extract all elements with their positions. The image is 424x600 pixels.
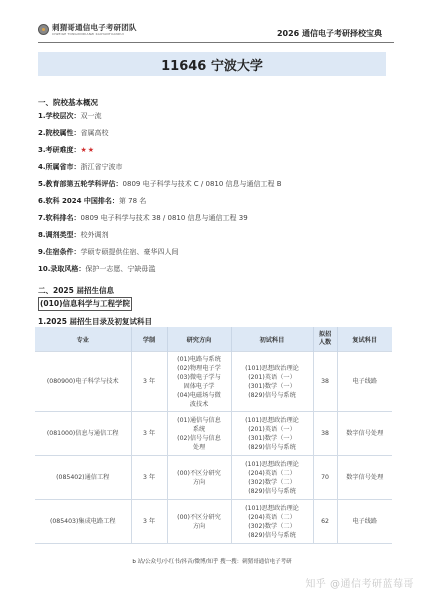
info-row-transfer: 8.调剂类型：校外调剂 (38, 230, 109, 240)
hedgehog-logo-icon (38, 24, 49, 35)
quota-cell: 38 (313, 412, 337, 456)
zhihu-watermark: 知乎 @通信考研蓝莓哥 (305, 575, 414, 590)
logo-cn-text: 刺猬哥通信电子考研团队 (52, 24, 137, 32)
page-footer: b 站/公众号/小红书/抖音/微博/知乎 搜一搜：刺猬哥通信电子考研 (0, 557, 424, 565)
years-cell: 3 年 (131, 456, 167, 500)
directions-cell: (01)通信与信息系统(02)信号与信息处理 (167, 412, 231, 456)
exams-cell: (101)思想政治理论(204)英语（二）(302)数学（二）(829)信号与系… (231, 456, 313, 500)
retest-cell: 电子线路 (337, 352, 392, 412)
quota-cell: 62 (313, 500, 337, 544)
major-cell: (085402)通信工程 (35, 456, 131, 500)
exams-cell: (101)思想政治理论(204)英语（二）(302)数学（二）(829)信号与系… (231, 500, 313, 544)
table-title: 1.2025 届招生目录及初复试科目 (38, 316, 152, 327)
directions-cell: (00)不区分研究方向 (167, 500, 231, 544)
col-retest: 复试科目 (337, 327, 392, 352)
page-header: 刺猬哥通信电子考研团队 CIWEIGE TONGXINDIANZI KAOYAN… (38, 22, 394, 44)
directions-cell: (00)不区分研究方向 (167, 456, 231, 500)
table-header-row: 专业 学制 研究方向 初试科目 拟招人数 复试科目 (35, 327, 392, 352)
table-row: (085403)集成电路工程 3 年 (00)不区分研究方向 (101)思想政治… (35, 500, 392, 544)
university-title: 11646 宁波大学 (161, 55, 263, 74)
team-logo: 刺猬哥通信电子考研团队 CIWEIGE TONGXINDIANZI KAOYAN… (38, 24, 137, 36)
info-row-difficulty: 3.考研难度：★★ (38, 145, 95, 155)
retest-cell: 数字信号处理 (337, 412, 392, 456)
info-row-subject-ranking: 7.软科排名：0809 电子科学与技术 38 / 0810 信息与通信工程 39 (38, 213, 248, 223)
info-row-ranking: 6.软科 2024 中国排名：第 78 名 (38, 196, 146, 206)
quota-cell: 38 (313, 352, 337, 412)
col-quota: 拟招人数 (313, 327, 337, 352)
info-row-housing: 9.住宿条件：学硕专硕提供住宿、豪华四人间 (38, 247, 179, 257)
years-cell: 3 年 (131, 412, 167, 456)
col-years: 学制 (131, 327, 167, 352)
info-row-level: 1.学校层次：双一流 (38, 111, 102, 121)
years-cell: 3 年 (131, 500, 167, 544)
retest-cell: 数字信号处理 (337, 456, 392, 500)
exams-cell: (101)思想政治理论(201)英语（一）(301)数学（一）(829)信号与系… (231, 412, 313, 456)
university-title-banner: 11646 宁波大学 (38, 52, 386, 76)
header-divider (38, 42, 394, 43)
admission-table: 专业 学制 研究方向 初试科目 拟招人数 复试科目 (080900)电子科学与技… (35, 327, 392, 544)
info-row-evaluation: 5.教育部第五轮学科评估：0809 电子科学与技术 C / 0810 信息与通信… (38, 179, 282, 189)
directions-cell: (01)电路与系统(02)物理电子学(03)微电子学与固体电子学(04)电磁场与… (167, 352, 231, 412)
col-exams: 初试科目 (231, 327, 313, 352)
retest-cell: 电子线路 (337, 500, 392, 544)
header-title: 2026 通信电子考研择校宝典 (277, 28, 382, 39)
table-row: (081000)信息与通信工程 3 年 (01)通信与信息系统(02)信号与信息… (35, 412, 392, 456)
col-major: 专业 (35, 327, 131, 352)
major-cell: (085403)集成电路工程 (35, 500, 131, 544)
col-directions: 研究方向 (167, 327, 231, 352)
major-cell: (081000)信息与通信工程 (35, 412, 131, 456)
difficulty-stars-icon: ★★ (81, 146, 96, 154)
logo-en-text: CIWEIGE TONGXINDIANZI KAOYANTUANDUI (52, 33, 137, 36)
section-basic-info-title: 一、院校基本概况 (38, 97, 98, 108)
info-row-type: 2.院校属性：省属高校 (38, 128, 109, 138)
years-cell: 3 年 (131, 352, 167, 412)
info-row-admission-style: 10.录取风格：保护一志愿、宁缺毋滥 (38, 264, 155, 274)
quota-cell: 70 (313, 456, 337, 500)
exams-cell: (101)思想政治理论(201)英语（一）(301)数学（一）(829)信号与系… (231, 352, 313, 412)
section-admission-title: 二、2025 届招生信息 (38, 285, 114, 296)
table-row: (080900)电子科学与技术 3 年 (01)电路与系统(02)物理电子学(0… (35, 352, 392, 412)
college-name-box: (010)信息科学与工程学院 (38, 297, 132, 311)
info-row-location: 4.所属省市：浙江省宁波市 (38, 162, 123, 172)
major-cell: (080900)电子科学与技术 (35, 352, 131, 412)
table-row: (085402)通信工程 3 年 (00)不区分研究方向 (101)思想政治理论… (35, 456, 392, 500)
